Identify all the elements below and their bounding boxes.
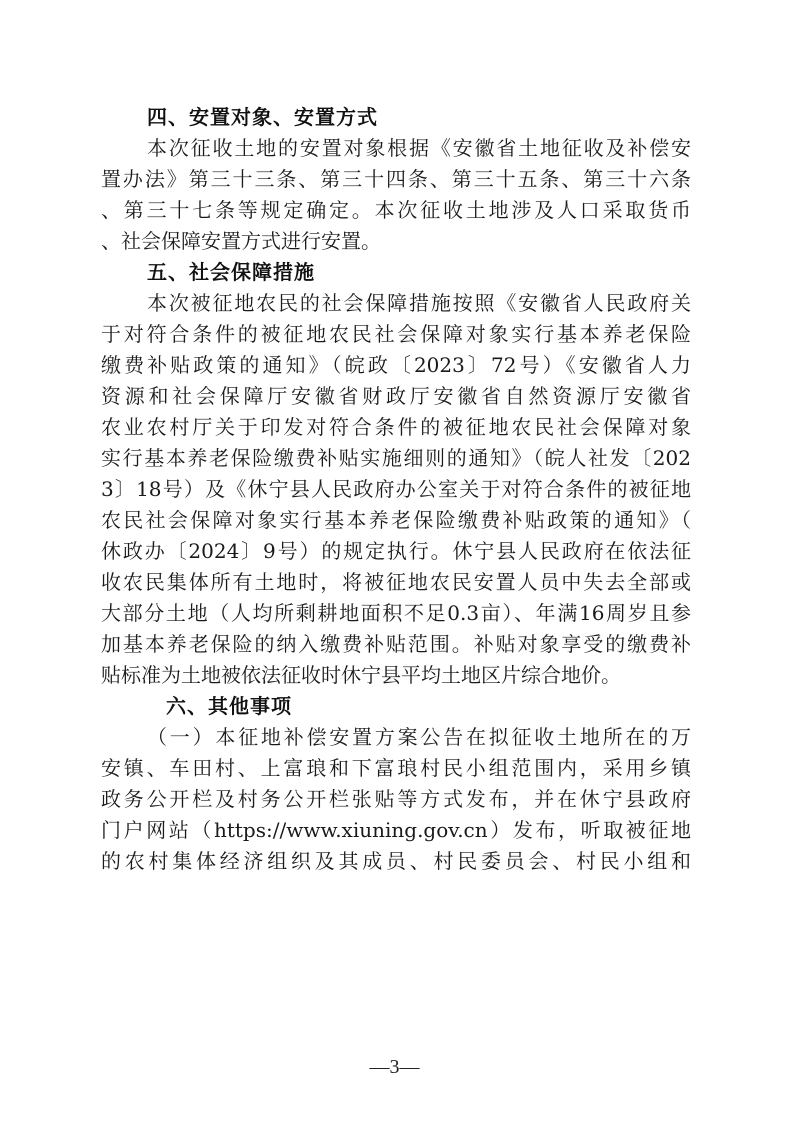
paragraph-line: 加基本养老保险的纳入缴费补贴范围。补贴对象享受的缴费补 bbox=[101, 629, 691, 660]
paragraph-line: 、社会保障安置方式进行安置。 bbox=[101, 226, 691, 257]
paragraph-line: 的农村集体经济组织及其成员、村民委员会、村民小组和 bbox=[101, 846, 691, 877]
paragraph-line: 农民社会保障对象实行基本养老保险缴费补贴政策的通知》（ bbox=[101, 505, 691, 536]
paragraph-line: 本次征收土地的安置对象根据《安徽省土地征收及补偿安 bbox=[147, 133, 691, 164]
paragraph-line: 门户网站（https://www.xiuning.gov.cn）发布，听取被征地 bbox=[101, 815, 691, 846]
paragraph-line: 休政办〔2024〕9号）的规定执行。休宁县人民政府在依法征 bbox=[101, 536, 691, 567]
paragraph-line: 资源和社会保障厅安徽省财政厅安徽省自然资源厅安徽省 bbox=[101, 381, 691, 412]
paragraph-line: 本次被征地农民的社会保障措施按照《安徽省人民政府关 bbox=[147, 288, 691, 319]
paragraph-line: 农业农村厅关于印发对符合条件的被征地农民社会保障对象 bbox=[101, 412, 691, 443]
paragraph-line: 3〕18号）及《休宁县人民政府办公室关于对符合条件的被征地 bbox=[101, 474, 691, 505]
paragraph-line: 、第三十七条等规定确定。本次征收土地涉及人口采取货币 bbox=[101, 195, 691, 226]
paragraph-line: 实行基本养老保险缴费补贴实施细则的通知》（皖人社发〔202 bbox=[101, 443, 691, 474]
paragraph-line: 安镇、车田村、上富琅和下富琅村民小组范围内，采用乡镇 bbox=[101, 753, 691, 784]
page-number: —3— bbox=[0, 1052, 789, 1082]
document-page: 四、安置对象、安置方式 本次征收土地的安置对象根据《安徽省土地征收及补偿安 置办… bbox=[0, 0, 789, 1122]
paragraph-line: 大部分土地（人均所剩耕地面积不足0.3亩）、年满16周岁且参 bbox=[101, 598, 691, 629]
paragraph-line: 政务公开栏及村务公开栏张贴等方式发布，并在休宁县政府 bbox=[101, 784, 691, 815]
paragraph-line: 置办法》第三十三条、第三十四条、第三十五条、第三十六条 bbox=[101, 164, 691, 195]
paragraph-line: 于对符合条件的被征地农民社会保障对象实行基本养老保险 bbox=[101, 319, 691, 350]
paragraph-line: （一）本征地补偿安置方案公告在拟征收土地所在的万 bbox=[147, 722, 691, 753]
paragraph-line: 缴费补贴政策的通知》（皖政〔2023〕72号）《安徽省人力 bbox=[101, 350, 691, 381]
paragraph-line: 贴标准为土地被依法征收时休宁县平均土地区片综合地价。 bbox=[101, 660, 691, 691]
section-heading-5: 五、社会保障措施 bbox=[147, 257, 315, 288]
paragraph-line: 收农民集体所有土地时，将被征地农民安置人员中失去全部或 bbox=[101, 567, 691, 598]
section-heading-6: 六、其他事项 bbox=[166, 691, 292, 722]
section-heading-4: 四、安置对象、安置方式 bbox=[147, 102, 378, 133]
